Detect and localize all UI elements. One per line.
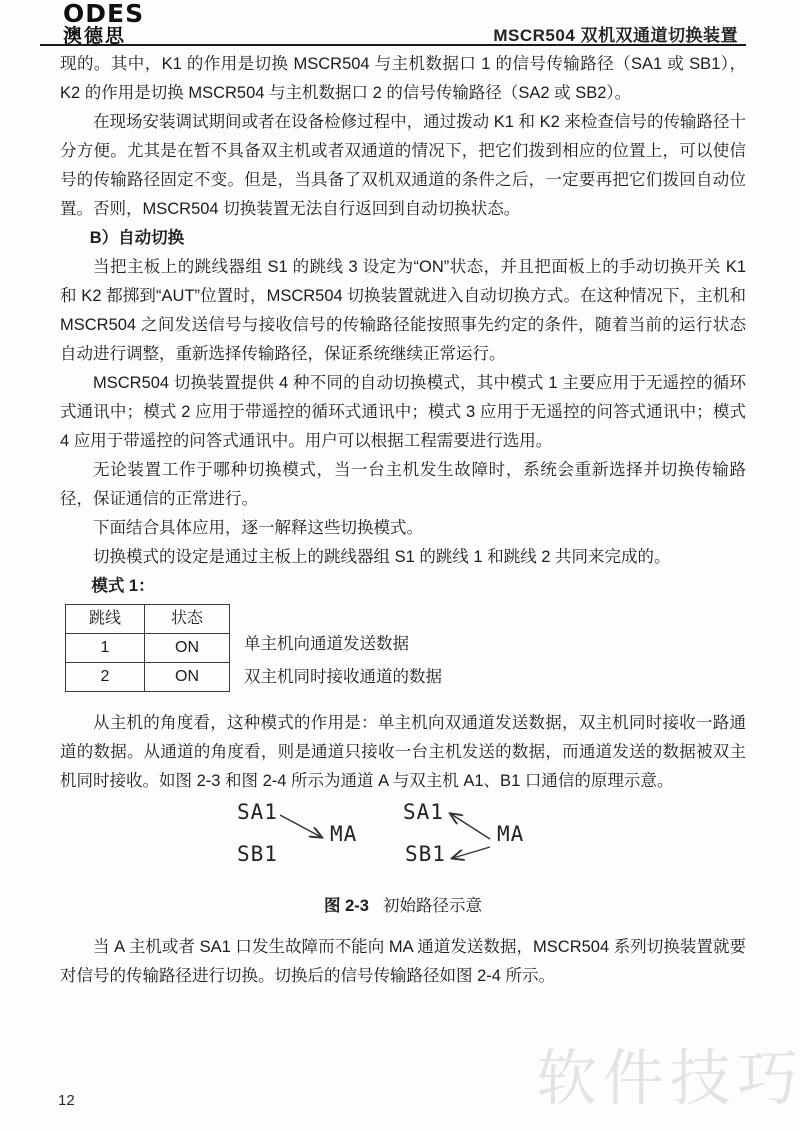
paragraph-k1-k2-roles: 现的。其中，K1 的作用是切换 MSCR504 与主机数据口 1 的信号传输路径…	[60, 50, 746, 108]
table-header-jumper: 跳线	[66, 605, 145, 634]
document-header-title: MSCR504 双机双通道切换装置	[493, 21, 738, 46]
table-header-state: 状态	[145, 605, 230, 634]
table-row: 跳线 状态	[66, 605, 230, 634]
channel-label-ma-left: MA	[330, 824, 357, 845]
mode1-note-receive: 双主机同时接收通道的数据	[244, 661, 442, 694]
paragraph-failure-switch: 当 A 主机或者 SA1 口发生故障而不能向 MA 通道发送数据，MSCR504…	[60, 933, 746, 991]
table-cell-jumper-2: 2	[66, 663, 145, 692]
port-label-sb1-left: SB1	[237, 844, 278, 865]
header-divider	[40, 44, 746, 46]
paragraph-four-modes: MSCR504 切换装置提供 4 种不同的自动切换模式，其中模式 1 主要应用于…	[60, 369, 746, 456]
watermark-text: 软件技巧	[536, 1030, 800, 1117]
table-cell-state-2: ON	[145, 663, 230, 692]
figure-2-3-diagram: SA1 SB1 MA SA1 SB1 MA	[60, 802, 746, 888]
mode1-notes: 单主机向通道发送数据 双主机同时接收通道的数据	[244, 604, 442, 694]
company-logo: ODES 澳德思	[63, 1, 144, 46]
paragraph-mode1-explain: 从主机的角度看，这种模式的作用是：单主机向双通道发送数据，双主机同时接收一路通道…	[60, 709, 746, 796]
logo-brand-text: ODES	[63, 1, 144, 26]
port-label-sa1-right: SA1	[403, 802, 444, 823]
mode1-heading: 模式 1：	[60, 572, 746, 601]
paragraph-auto-mode-entry: 当把主板上的跳线器组 S1 的跳线 3 设定为“ON”状态，并且把面板上的手动切…	[60, 253, 746, 369]
paragraph-failover-note: 无论装置工作于哪种切换模式，当一台主机发生故障时，系统会重新选择并切换传输路径，…	[60, 456, 746, 514]
paragraph-intro-explain: 下面结合具体应用，逐一解释这些切换模式。	[60, 514, 746, 543]
table-row: 1 ON	[66, 634, 230, 663]
page-content: 现的。其中，K1 的作用是切换 MSCR504 与主机数据口 1 的信号传输路径…	[60, 50, 746, 991]
port-label-sa1-left: SA1	[237, 802, 278, 823]
figure-caption-text: 初始路径示意	[383, 897, 482, 915]
table-cell-jumper-1: 1	[66, 634, 145, 663]
jumper-state-table: 跳线 状态 1 ON 2 ON	[65, 604, 230, 692]
figure-number-label: 图 2-3	[324, 897, 369, 915]
document-page: ODES 澳德思 MSCR504 双机双通道切换装置 现的。其中，K1 的作用是…	[0, 0, 800, 1131]
mode1-note-send: 单主机向通道发送数据	[244, 628, 442, 661]
channel-label-ma-right: MA	[497, 824, 524, 845]
port-label-sb1-right: SB1	[405, 844, 446, 865]
figure-2-3-caption: 图 2-3初始路径示意	[60, 892, 746, 920]
paragraph-manual-switch-note: 在现场安装调试期间或者在设备检修过程中，通过拨动 K1 和 K2 来检查信号的传…	[60, 108, 746, 224]
page-number: 12	[58, 1092, 75, 1109]
paragraph-jumper-setting: 切换模式的设定是通过主板上的跳线器组 S1 的跳线 1 和跳线 2 共同来完成的…	[60, 543, 746, 572]
table-cell-state-1: ON	[145, 634, 230, 663]
section-heading-auto-switch: B）自动切换	[60, 224, 746, 253]
mode1-table-block: 跳线 状态 1 ON 2 ON 单主机向通道发送数据 双主机同时接收通道的数据	[65, 604, 746, 694]
table-row: 2 ON	[66, 663, 230, 692]
